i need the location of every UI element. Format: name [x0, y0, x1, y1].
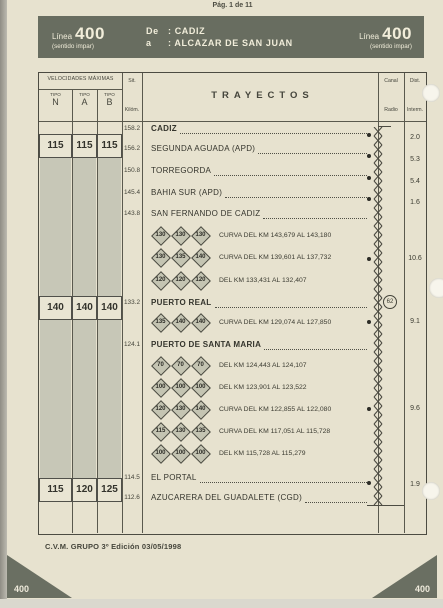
zigzag-top-cap: [378, 126, 391, 127]
restriction-text: CURVA DEL KM 122,855 AL 122,080: [219, 406, 331, 413]
diamond-speed-n: 120: [151, 271, 170, 290]
speed-diamond-icon: 135: [151, 313, 170, 332]
page-indicator: Pág. 1 de 11: [38, 2, 427, 9]
from-label: De: [146, 25, 168, 37]
zigzag-bottom-cap: [367, 505, 404, 506]
edition-footer: C.V.M. GRUPO 3º Edición 03/05/1998: [45, 542, 181, 551]
station-name: SAN FERNANDO DE CADIZ: [151, 209, 260, 218]
station-name: AZUCARERA DEL GUADALETE (CGD): [151, 493, 302, 502]
diamond-speed-b: 130: [191, 226, 210, 245]
station-row: 150.8 TORREGORDA: [122, 164, 369, 177]
line-number: 400: [382, 24, 412, 44]
restriction-text: CURVA DEL KM 139,601 AL 137,732: [219, 254, 331, 261]
speed-diamond-icon: 140: [191, 400, 210, 419]
radio-channel-badge: 62: [383, 295, 397, 309]
speed-value-b: 140: [97, 296, 122, 320]
speed-diamond-icon: 140: [191, 313, 210, 332]
km-value: 158.2: [122, 125, 142, 132]
restriction-row: 100 100 100 DEL KM 123,901 AL 123,522: [122, 378, 369, 397]
speed-diamond-icon: 135: [191, 422, 210, 441]
station-name: CADIZ: [151, 124, 177, 133]
station-name: EL PORTAL: [151, 473, 197, 482]
dotted-leader: [264, 340, 367, 350]
km-value: 156.2: [122, 145, 142, 152]
restriction-row: 70 70 70 DEL KM 124,443 AL 124,107: [122, 356, 369, 375]
station-name: PUERTO DE SANTA MARIA: [151, 340, 261, 349]
speed-block: 115 115 115: [39, 134, 122, 158]
signal-bullet-icon: [367, 320, 371, 324]
interm-distance: 5.4: [404, 178, 426, 185]
from-value: : CADIZ: [168, 25, 205, 37]
speed-diamond-icon: 130: [171, 400, 190, 419]
speed-diamond-icon: 140: [191, 248, 210, 267]
speed-value-n: 140: [39, 296, 72, 320]
diamond-speed-n: 70: [151, 356, 170, 375]
diamond-speed-a: 130: [171, 422, 190, 441]
diamond-speed-a: 120: [171, 271, 190, 290]
speed-value-a: 115: [72, 134, 97, 158]
signal-bullet-icon: [367, 197, 371, 201]
speed-value-b: 125: [97, 478, 122, 502]
route-block: De : CADIZ a : ALCAZAR DE SAN JUAN: [146, 16, 293, 58]
canal-header: Canal: [378, 78, 404, 84]
dotted-leader: [258, 144, 367, 154]
to-label: a: [146, 37, 168, 49]
speed-diamond-icon: 115: [151, 422, 170, 441]
speed-diamond-icon: 100: [191, 444, 210, 463]
diamond-speed-n: 100: [151, 378, 170, 397]
speed-diamond-icon: 130: [171, 422, 190, 441]
diamond-speed-a: 140: [171, 313, 190, 332]
zigzag-line: [372, 127, 384, 505]
dotted-leader: [263, 209, 367, 219]
diamond-speed-b: 140: [191, 248, 210, 267]
scanned-document-page: Pág. 1 de 11 Línea 400 (sentido impar) D…: [0, 0, 443, 608]
route-table: VELOCIDADES MÁXIMAS TIPO N TIPO A TIPO B…: [38, 72, 427, 535]
tipo-n-header: TIPO N: [39, 92, 72, 108]
diamond-speed-b: 135: [191, 422, 210, 441]
type-b-label: B: [97, 97, 122, 108]
speed-value-a: 120: [72, 478, 97, 502]
signal-bullet-icon: [367, 257, 371, 261]
speed-diamond-icon: 100: [171, 378, 190, 397]
scan-edge-bottom: [0, 599, 443, 608]
dotted-leader: [305, 493, 367, 503]
speed-value-n: 115: [39, 134, 72, 158]
header-divider: [39, 89, 122, 90]
diamond-speed-b: 70: [191, 356, 210, 375]
station-row: 114.5 EL PORTAL: [122, 471, 369, 484]
speed-diamond-icon: 120: [151, 271, 170, 290]
restriction-text: DEL KM 123,901 AL 123,522: [219, 384, 307, 391]
restriction-row: 130 130 130 CURVA DEL KM 143,679 AL 143,…: [122, 226, 369, 245]
speed-diamond-icon: 130: [151, 248, 170, 267]
restriction-row: 115 130 135 CURVA DEL KM 117,051 AL 115,…: [122, 422, 369, 441]
signal-bullet-icon: [367, 481, 371, 485]
speed-diamond-icon: 130: [151, 226, 170, 245]
table-body: 115 115 115 140 140 140 115 120 125 158.…: [39, 121, 426, 533]
restriction-row: 120 130 140 CURVA DEL KM 122,855 AL 122,…: [122, 400, 369, 419]
speed-value-b: 115: [97, 134, 122, 158]
hole-punch: [422, 84, 440, 102]
dotted-leader: [180, 124, 367, 134]
km-value: 143.8: [122, 210, 142, 217]
line-number: 400: [75, 24, 105, 44]
tipo-a-header: TIPO A: [72, 92, 97, 108]
station-row: 143.8 SAN FERNANDO DE CADIZ: [122, 207, 369, 220]
diamond-speed-a: 130: [171, 226, 190, 245]
speed-diamond-icon: 100: [191, 378, 210, 397]
km-value: 133.2: [122, 299, 142, 306]
diamond-speed-a: 100: [171, 378, 190, 397]
diamond-speed-a: 100: [171, 444, 190, 463]
hole-punch: [422, 482, 440, 500]
speed-diamond-icon: 70: [171, 356, 190, 375]
diamond-speed-b: 120: [191, 271, 210, 290]
station-row: 124.1 PUERTO DE SANTA MARIA: [122, 338, 369, 351]
restriction-row: 135 140 140 CURVA DEL KM 129,074 AL 127,…: [122, 313, 369, 332]
diamond-speed-n: 100: [151, 444, 170, 463]
restriction-text: CURVA DEL KM 129,074 AL 127,850: [219, 319, 331, 326]
speed-diamond-icon: 100: [151, 444, 170, 463]
interm-distance: 10.6: [404, 255, 426, 262]
diamond-speed-a: 70: [171, 356, 190, 375]
km-value: 112.6: [122, 494, 142, 501]
station-name: PUERTO REAL: [151, 298, 212, 307]
scan-edge-left: [0, 0, 7, 608]
restriction-text: DEL KM 115,728 AL 115,279: [219, 450, 306, 457]
station-name: BAHIA SUR (APD): [151, 188, 222, 197]
kilom-header: Kilóm.: [122, 107, 142, 113]
speed-value-a: 140: [72, 296, 97, 320]
speed-diamond-icon: 140: [171, 313, 190, 332]
hole-punch: [429, 278, 443, 298]
station-row: 112.6 AZUCARERA DEL GUADALETE (CGD): [122, 491, 369, 504]
restriction-text: DEL KM 124,443 AL 124,107: [219, 362, 307, 369]
speed-group-header: VELOCIDADES MÁXIMAS: [39, 76, 122, 82]
restriction-row: 100 100 100 DEL KM 115,728 AL 115,279: [122, 444, 369, 463]
radio-header: Radio: [378, 107, 404, 113]
line-direction: (sentido impar): [370, 43, 412, 50]
signal-bullet-icon: [367, 154, 371, 158]
diamond-speed-a: 130: [171, 400, 190, 419]
km-value: 150.8: [122, 167, 142, 174]
restriction-text: DEL KM 133,431 AL 132,407: [219, 277, 307, 284]
diamond-speed-n: 115: [151, 422, 170, 441]
restriction-text: CURVA DEL KM 143,679 AL 143,180: [219, 232, 331, 239]
km-value: 124.1: [122, 341, 142, 348]
line-label: Línea: [359, 32, 379, 41]
restriction-row: 130 135 140 CURVA DEL KM 139,601 AL 137,…: [122, 248, 369, 267]
dotted-leader: [215, 298, 368, 308]
restriction-row: 120 120 120 DEL KM 133,431 AL 132,407: [122, 271, 369, 290]
to-value: : ALCAZAR DE SAN JUAN: [168, 37, 293, 49]
dotted-leader: [225, 188, 367, 198]
tipo-b-header: TIPO B: [97, 92, 122, 108]
diamond-speed-b: 100: [191, 444, 210, 463]
diamond-speed-n: 120: [151, 400, 170, 419]
station-row: 133.2 PUERTO REAL: [122, 296, 369, 309]
corner-line-number: 400: [415, 584, 430, 594]
speed-block: 115 120 125: [39, 478, 122, 502]
speed-value-n: 115: [39, 478, 72, 502]
diamond-speed-b: 100: [191, 378, 210, 397]
speed-diamond-icon: 100: [151, 378, 170, 397]
sit-header: Sit.: [122, 78, 142, 84]
speed-diamond-icon: 70: [151, 356, 170, 375]
line-label: Línea: [52, 32, 72, 41]
diamond-speed-b: 140: [191, 400, 210, 419]
interm-distance: 2.0: [404, 134, 426, 141]
line-badge-right: Línea 400 (sentido impar): [359, 16, 412, 58]
line-direction: (sentido impar): [52, 43, 105, 50]
speed-diamond-icon: 120: [151, 400, 170, 419]
line-badge-left: Línea 400 (sentido impar): [52, 16, 105, 58]
signal-bullet-icon: [367, 407, 371, 411]
km-value: 114.5: [122, 474, 142, 481]
station-name: TORREGORDA: [151, 166, 211, 175]
dotted-leader: [200, 473, 367, 483]
station-row: 158.2 CADIZ: [122, 122, 369, 135]
type-n-label: N: [39, 97, 72, 108]
restriction-text: CURVA DEL KM 117,051 AL 115,728: [219, 428, 330, 435]
diamond-speed-a: 135: [171, 248, 190, 267]
speed-block: 140 140 140: [39, 296, 122, 320]
diamond-speed-n: 130: [151, 226, 170, 245]
speed-diamond-icon: 70: [191, 356, 210, 375]
diamond-speed-n: 130: [151, 248, 170, 267]
corner-tab-right: 400: [372, 555, 437, 598]
dist-header: Dist.: [404, 78, 426, 84]
interm-distance: 9.6: [404, 405, 426, 412]
corner-line-number: 400: [14, 584, 29, 594]
interm-distance: 1.6: [404, 199, 426, 206]
speed-diamond-icon: 130: [171, 226, 190, 245]
speed-diamond-icon: 135: [171, 248, 190, 267]
km-value: 145.4: [122, 189, 142, 196]
station-row: 156.2 SEGUNDA AGUADA (APD): [122, 142, 369, 155]
type-a-label: A: [72, 97, 97, 108]
speed-diamond-icon: 120: [191, 271, 210, 290]
interm-header: Interm.: [404, 107, 426, 113]
interm-distance: 5.3: [404, 156, 426, 163]
dotted-leader: [214, 166, 367, 176]
diamond-speed-n: 135: [151, 313, 170, 332]
corner-tab-left: 400: [7, 555, 72, 598]
speed-diamond-icon: 100: [171, 444, 190, 463]
station-row: 145.4 BAHIA SUR (APD): [122, 186, 369, 199]
title-bar: Línea 400 (sentido impar) De : CADIZ a :…: [38, 16, 424, 58]
diamond-speed-b: 140: [191, 313, 210, 332]
trayectos-header: TRAYECTOS: [142, 90, 378, 101]
speed-diamond-icon: 120: [171, 271, 190, 290]
signal-bullet-icon: [367, 176, 371, 180]
speed-diamond-icon: 130: [191, 226, 210, 245]
station-name: SEGUNDA AGUADA (APD): [151, 144, 255, 153]
interm-distance: 9.1: [404, 318, 426, 325]
signal-bullet-icon: [367, 133, 371, 137]
